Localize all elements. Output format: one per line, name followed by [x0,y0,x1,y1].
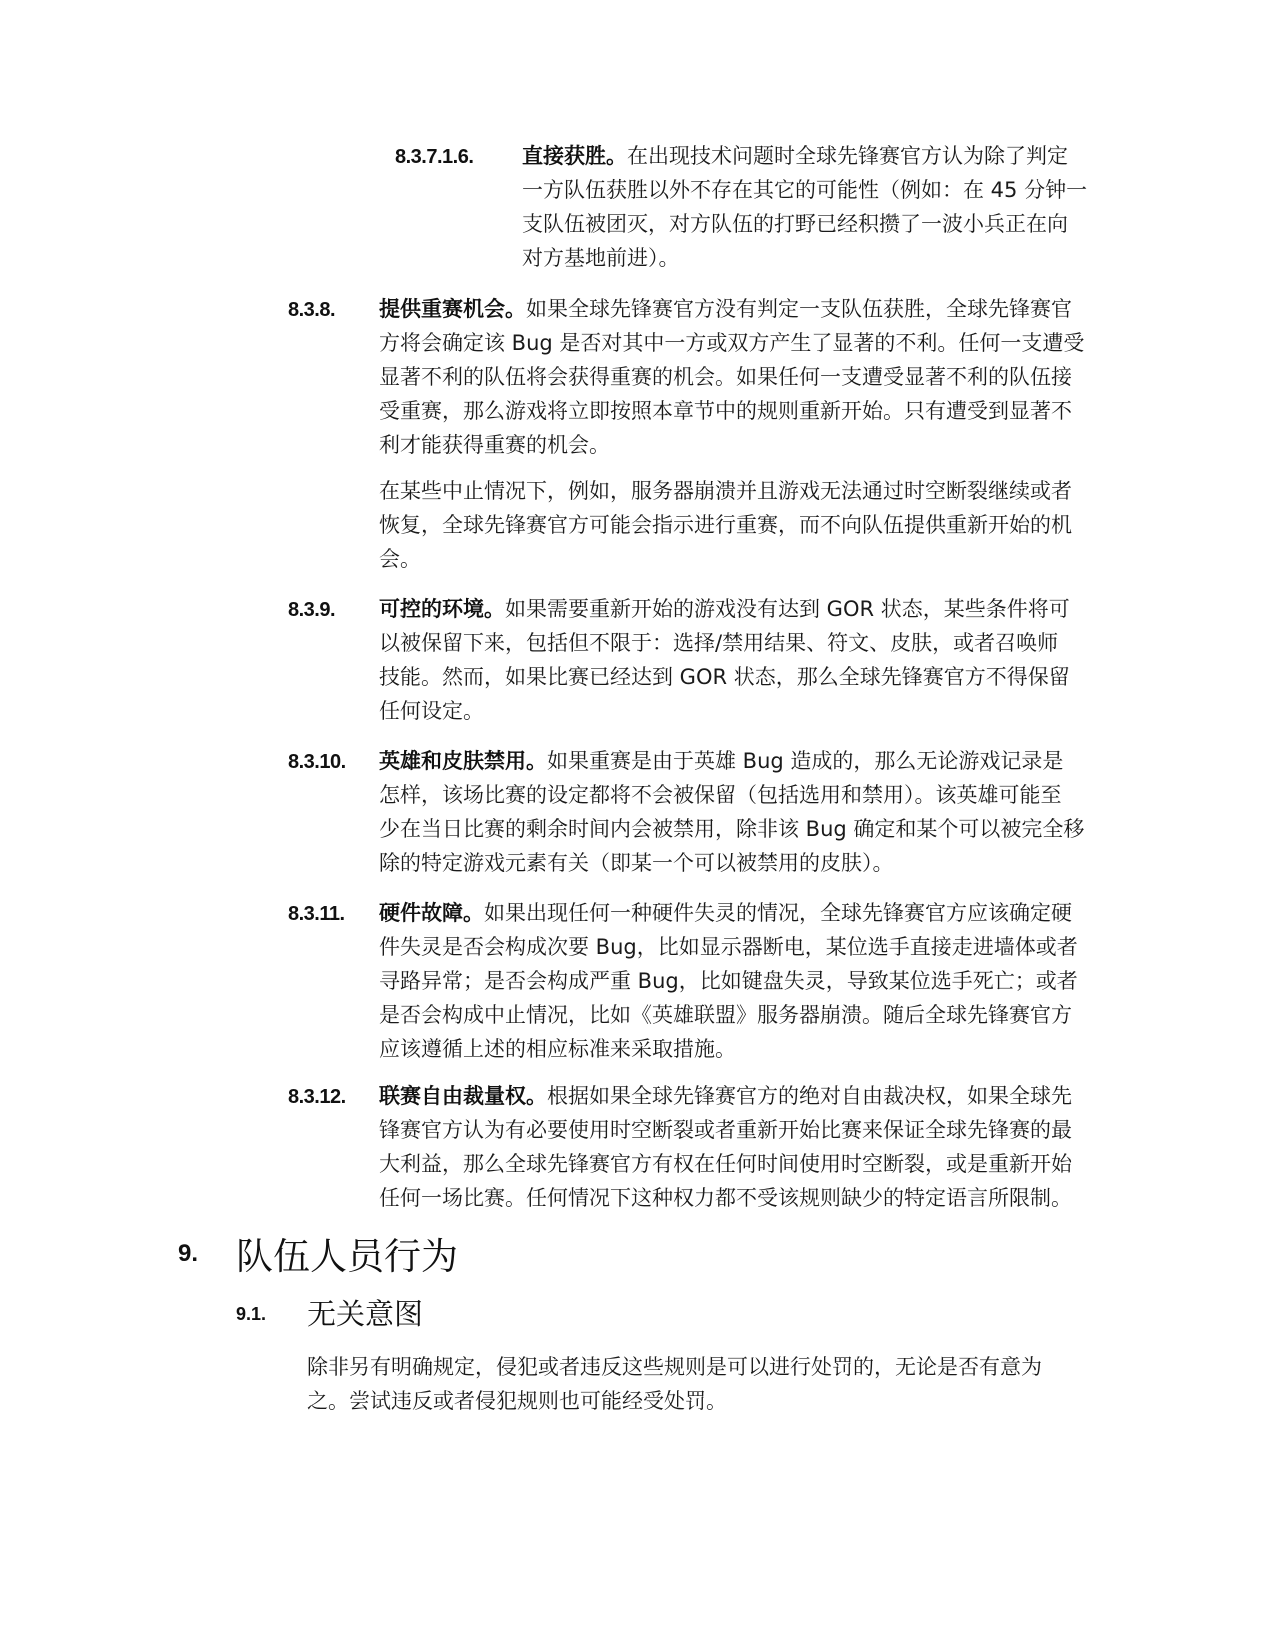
clause-extra-paragraph: 在某些中止情况下，例如，服务器崩溃并且游戏无法通过时空断裂继续或者 恢复，全球先… [379,474,1072,576]
clause-body: 硬件故障。如果出现任何一种硬件失灵的情况，全球先锋赛官方应该确定硬 件失灵是否会… [379,896,1078,1066]
clause-line: 方将会确定该 Bug 是否对其中一方或双方产生了显著的不利。任何一支遭受 [379,326,1084,360]
clause-line: 任何一场比赛。任何情况下这种权力都不受该规则缺少的特定语言所限制。 [379,1181,1072,1215]
clause-line: 锋赛官方认为有必要使用时空断裂或者重新开始比赛来保证全球先锋赛的最 [379,1113,1072,1147]
clause-number: 8.3.10. [288,751,346,774]
clause-line: 直接获胜。在出现技术问题时全球先锋赛官方认为除了判定 [522,139,1087,173]
clause-title: 英雄和皮肤禁用。 [379,749,547,773]
clause-line: 受重赛，那么游戏将立即按照本章节中的规则重新开始。只有遭受到显著不 [379,394,1084,428]
clause-body: 提供重赛机会。如果全球先锋赛官方没有判定一支队伍获胜，全球先锋赛官 方将会确定该… [379,292,1084,462]
clause-line: 一方队伍获胜以外不存在其它的可能性（例如：在 45 分钟一 [522,173,1087,207]
clause-line: 大利益，那么全球先锋赛官方有权在任何时间使用时空断裂，或是重新开始 [379,1147,1072,1181]
subsection-number: 9.1. [236,1304,266,1325]
clause-line: 技能。然而，如果比赛已经达到 GOR 状态，那么全球先锋赛官方不得保留 [379,660,1070,694]
clause-body: 英雄和皮肤禁用。如果重赛是由于英雄 Bug 造成的，那么无论游戏记录是 怎样，该… [379,744,1084,880]
document-page: 8.3.7.1.6. 直接获胜。在出现技术问题时全球先锋赛官方认为除了判定 一方… [0,0,1275,1650]
clause-title: 联赛自由裁量权。 [379,1084,547,1108]
clause-line: 寻路异常；是否会构成严重 Bug，比如键盘失灵，导致某位选手死亡；或者 [379,964,1078,998]
clause-line: 件失灵是否会构成次要 Bug，比如显示器断电，某位选手直接走进墙体或者 [379,930,1078,964]
clause-line: 支队伍被团灭，对方队伍的打野已经积攒了一波小兵正在向 [522,207,1087,241]
section-title: 队伍人员行为 [236,1226,458,1280]
clause-number: 8.3.12. [288,1086,346,1109]
clause-body: 直接获胜。在出现技术问题时全球先锋赛官方认为除了判定 一方队伍获胜以外不存在其它… [522,139,1087,275]
clause-line: 硬件故障。如果出现任何一种硬件失灵的情况，全球先锋赛官方应该确定硬 [379,896,1078,930]
paragraph-line: 之。尝试违反或者侵犯规则也可能经受处罚。 [307,1384,1042,1418]
clause-line: 应该遵循上述的相应标准来采取措施。 [379,1032,1078,1066]
paragraph-line: 除非另有明确规定，侵犯或者违反这些规则是可以进行处罚的，无论是否有意为 [307,1350,1042,1384]
clause-title: 硬件故障。 [379,901,484,925]
clause-number: 8.3.8. [288,299,335,322]
clause-body: 联赛自由裁量权。根据如果全球先锋赛官方的绝对自由裁决权，如果全球先 锋赛官方认为… [379,1079,1072,1215]
clause-line: 是否会构成中止情况，比如《英雄联盟》服务器崩溃。随后全球先锋赛官方 [379,998,1078,1032]
clause-line: 显著不利的队伍将会获得重赛的机会。如果任何一支遭受显著不利的队伍接 [379,360,1084,394]
paragraph-line: 会。 [379,542,1072,576]
clause-line: 提供重赛机会。如果全球先锋赛官方没有判定一支队伍获胜，全球先锋赛官 [379,292,1084,326]
clause-line: 对方基地前进）。 [522,241,1087,275]
clause-title: 可控的环境。 [379,597,505,621]
clause-number: 8.3.9. [288,599,335,622]
clause-line: 英雄和皮肤禁用。如果重赛是由于英雄 Bug 造成的，那么无论游戏记录是 [379,744,1084,778]
paragraph-line: 在某些中止情况下，例如，服务器崩溃并且游戏无法通过时空断裂继续或者 [379,474,1072,508]
clause-title: 提供重赛机会。 [379,297,526,321]
clause-body: 可控的环境。如果需要重新开始的游戏没有达到 GOR 状态，某些条件将可 以被保留… [379,592,1070,728]
clause-line: 少在当日比赛的剩余时间内会被禁用，除非该 Bug 确定和某个可以被完全移 [379,812,1084,846]
clause-title: 直接获胜。 [522,144,627,168]
clause-number: 8.3.11. [288,903,345,926]
clause-line: 怎样，该场比赛的设定都将不会被保留（包括选用和禁用）。该英雄可能至 [379,778,1084,812]
clause-line: 可控的环境。如果需要重新开始的游戏没有达到 GOR 状态，某些条件将可 [379,592,1070,626]
subsection-title: 无关意图 [307,1292,423,1333]
paragraph-line: 恢复，全球先锋赛官方可能会指示进行重赛，而不向队伍提供重新开始的机 [379,508,1072,542]
clause-line: 联赛自由裁量权。根据如果全球先锋赛官方的绝对自由裁决权，如果全球先 [379,1079,1072,1113]
clause-line: 除的特定游戏元素有关（即某一个可以被禁用的皮肤）。 [379,846,1084,880]
clause-number: 8.3.7.1.6. [395,146,473,169]
section-number: 9. [178,1240,198,1268]
clause-line: 利才能获得重赛的机会。 [379,428,1084,462]
clause-line: 以被保留下来，包括但不限于：选择/禁用结果、符文、皮肤，或者召唤师 [379,626,1070,660]
clause-line: 任何设定。 [379,694,1070,728]
subsection-body: 除非另有明确规定，侵犯或者违反这些规则是可以进行处罚的，无论是否有意为 之。尝试… [307,1350,1042,1418]
